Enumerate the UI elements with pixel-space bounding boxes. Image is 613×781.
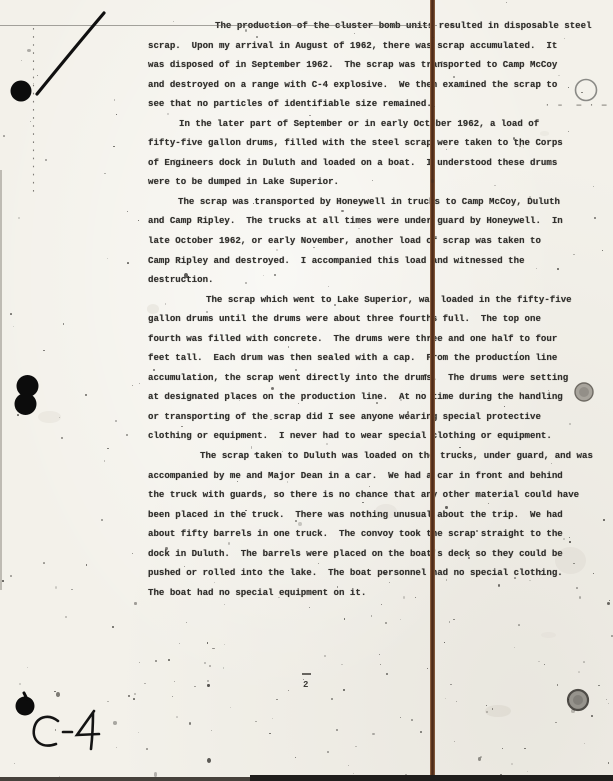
pen-stroke-icon: [37, 13, 104, 94]
scan-marks-layer: [0, 0, 613, 781]
scan-bottom-edge-dark: [250, 775, 613, 781]
handwritten-c4-icon: [34, 711, 99, 749]
hole-punch-icon: [15, 393, 37, 415]
circle-outline-stamp-icon: [576, 80, 597, 101]
gray-dot-stamp-core-icon: [573, 695, 583, 705]
scanned-document-page: { "colors": { "paper": "#f3f1ea", "ink":…: [0, 0, 613, 781]
hole-punch-icon: [11, 81, 32, 102]
gray-dot-stamp-core-icon: [579, 387, 589, 397]
hole-punch-icon: [16, 697, 35, 716]
fold-crease-line: [430, 0, 435, 781]
